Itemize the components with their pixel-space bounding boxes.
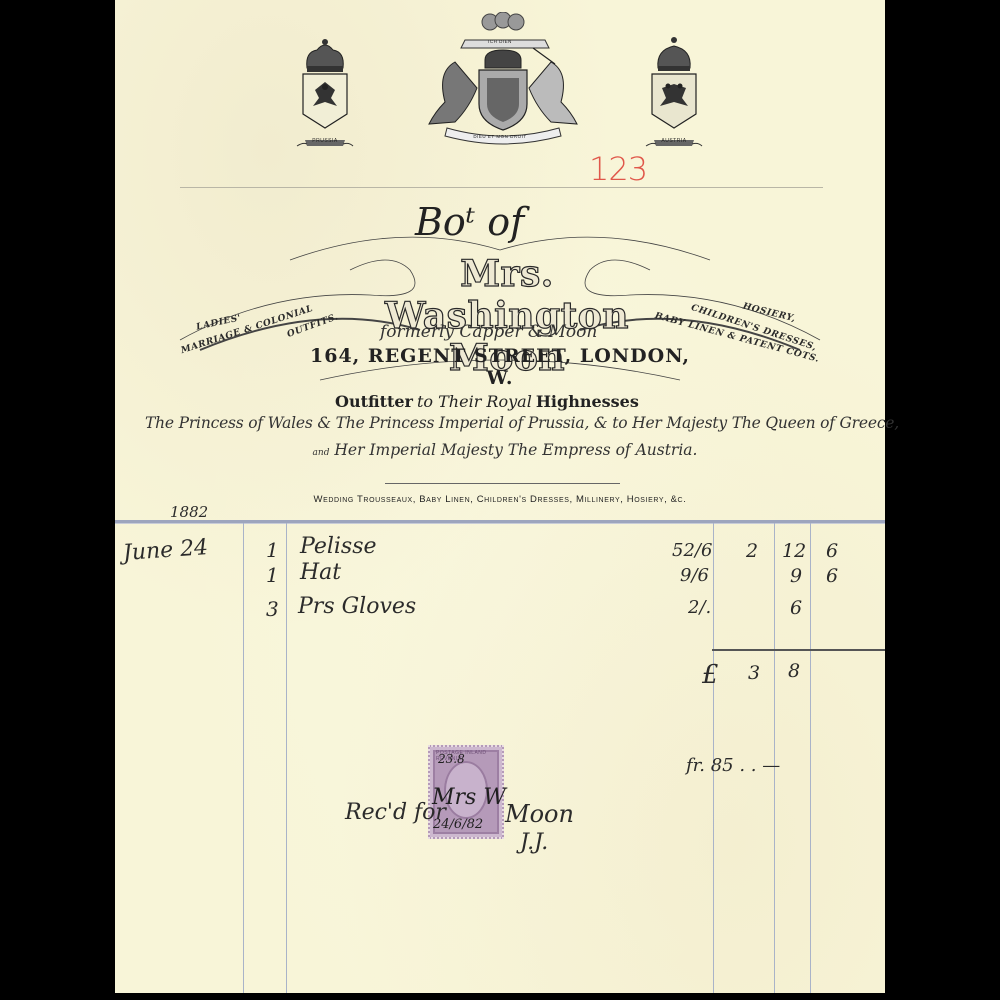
- services-line: Wedding Trousseaux, Baby Linen, Children…: [150, 494, 850, 505]
- item-description: Hat: [300, 560, 341, 585]
- outfitter-word: Outfitter: [335, 392, 413, 411]
- item-shillings: 12: [782, 540, 806, 562]
- total-pounds: 3: [748, 662, 760, 684]
- prussia-label: PRUSSIA: [293, 138, 357, 144]
- item-pence: 6: [826, 565, 838, 587]
- item-unit-price: 52/6: [672, 540, 712, 561]
- item-shillings: 6: [790, 597, 802, 619]
- austria-eagle-crest-icon: [642, 32, 706, 150]
- empress-line: and Her Imperial Majesty The Empress of …: [290, 441, 720, 459]
- merchant-address: 164, REGENT STREET, LONDON, W.: [305, 345, 695, 389]
- item-unit-price: 9/6: [680, 565, 709, 586]
- royal-arms: ICH DIEN DIEU ET MON DROIT: [415, 12, 585, 152]
- ledger-col-rule-shillings: [810, 523, 811, 993]
- total-currency-symbol: £: [702, 660, 719, 690]
- francs-note: fr. 85 . . —: [686, 755, 780, 776]
- formerly-text: formerly Capper & Moon: [380, 322, 597, 342]
- stamp-cancel-top: 23.8: [438, 752, 465, 766]
- prussia-crest: PRUSSIA: [293, 32, 357, 150]
- ledger-header-rule: [115, 520, 885, 524]
- item-shillings: 9: [790, 565, 802, 587]
- item-pounds: 2: [746, 540, 758, 562]
- austria-label: AUSTRIA: [642, 138, 706, 144]
- highnesses-word: Highnesses: [536, 392, 639, 411]
- item-qty: 3: [266, 597, 279, 621]
- item-description: Pelisse: [300, 534, 377, 559]
- item-qty: 1: [266, 538, 279, 562]
- total-rule: [712, 649, 885, 651]
- and-word: and: [313, 448, 330, 458]
- header-divider: [180, 187, 823, 188]
- ledger-year: 1882: [170, 503, 208, 521]
- ledger-col-rule-date: [243, 523, 244, 993]
- ledger-col-rule-qty: [286, 523, 287, 993]
- empress-text: Her Imperial Majesty The Empress of Aust…: [334, 441, 697, 459]
- bot-of-heading: Boᵗ of: [415, 200, 524, 244]
- to-their-royal: to Their Royal: [417, 392, 532, 411]
- item-unit-price: 2/.: [688, 597, 711, 618]
- item-qty: 1: [266, 563, 279, 587]
- receipt-initials: J.J.: [520, 830, 548, 855]
- total-shillings: 8: [788, 660, 800, 682]
- item-description: Prs Gloves: [298, 594, 416, 619]
- item-pence: 6: [826, 540, 838, 562]
- princesses-line: The Princess of Wales & The Princess Imp…: [145, 414, 857, 432]
- royal-coat-of-arms-icon: [415, 12, 585, 152]
- received-for-text: Rec'd for: [345, 800, 446, 825]
- receipt-signature: Moon: [505, 800, 574, 828]
- dieu-et-mon-droit-motto: DIEU ET MON DROIT: [415, 134, 585, 139]
- short-divider: [385, 483, 620, 484]
- austria-crest: AUSTRIA: [642, 32, 706, 150]
- royal-warrant-line: Outfitter to Their Royal Highnesses: [335, 392, 639, 412]
- prussia-eagle-crest-icon: [293, 32, 357, 150]
- reference-number: 123: [589, 150, 647, 188]
- ich-dien-motto: ICH DIEN: [415, 39, 585, 44]
